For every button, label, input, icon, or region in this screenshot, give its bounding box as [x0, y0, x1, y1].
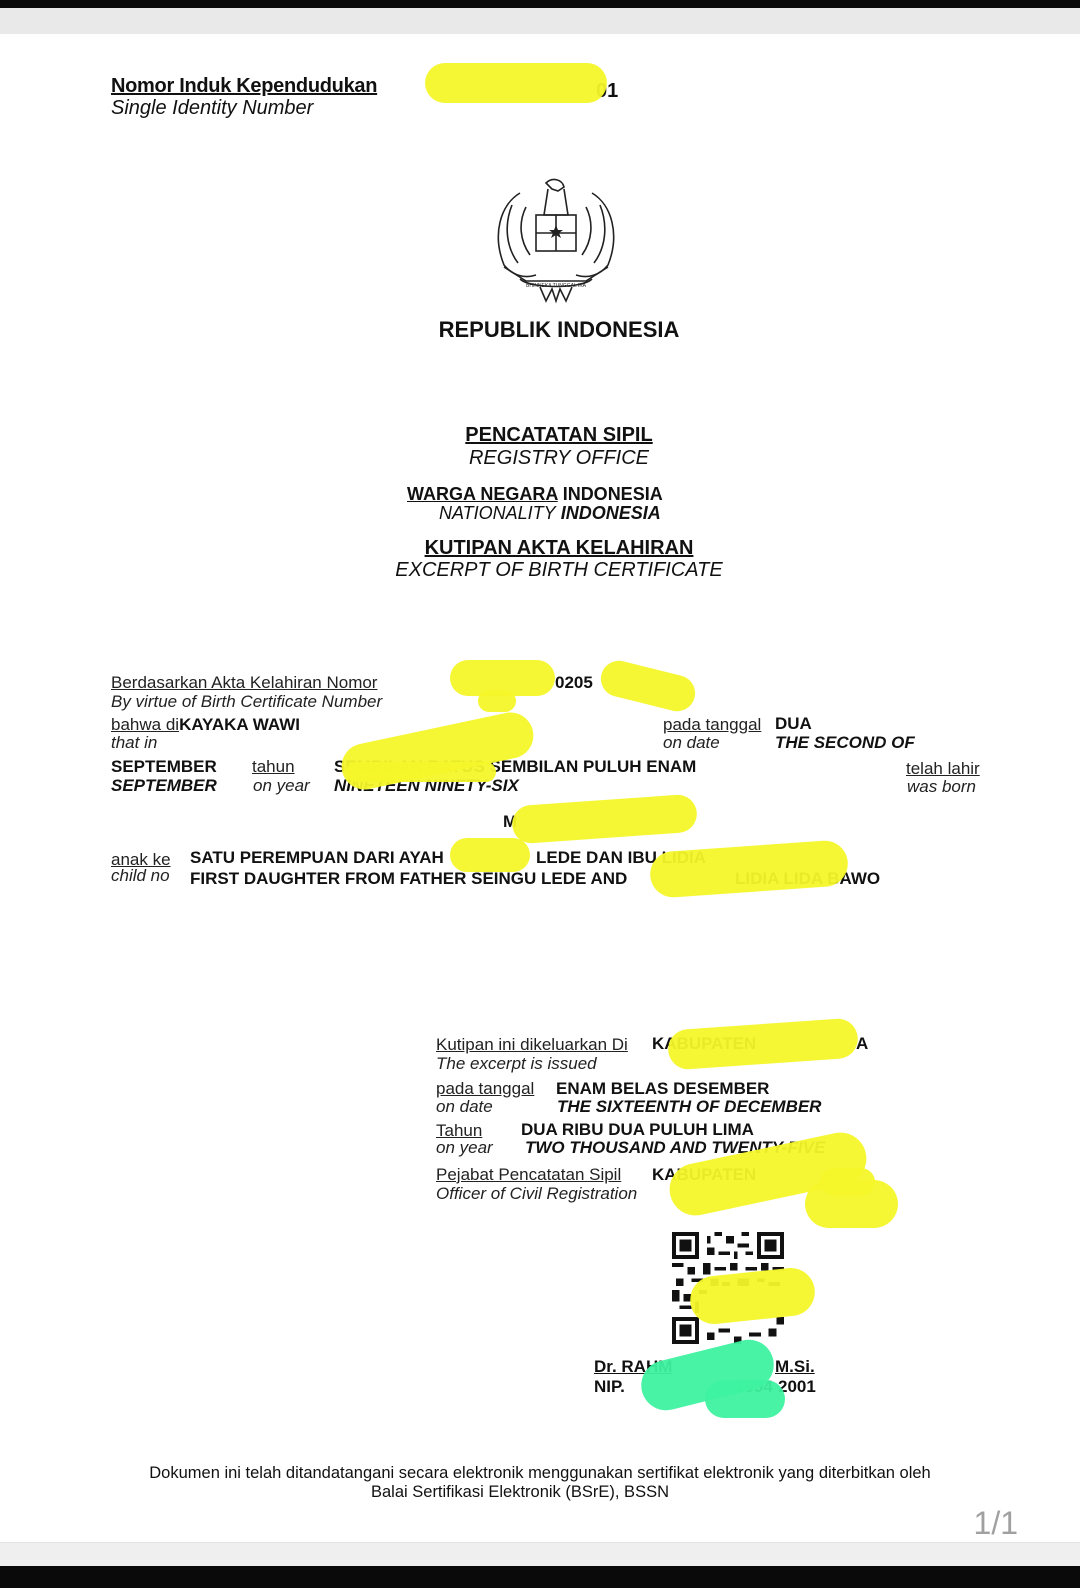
viewer-toolbar: [0, 8, 1080, 34]
redaction-father: [450, 838, 530, 872]
redaction-issued: [667, 1017, 859, 1070]
redaction-officer-3: [820, 1168, 875, 1196]
navigation-bar: [0, 1566, 1080, 1588]
footer-line-1: Dokumen ini telah ditandatangani secara …: [0, 1463, 1080, 1483]
country-title: REPUBLIK INDONESIA: [0, 318, 1080, 342]
date-label-en: on date: [663, 733, 720, 752]
issue-date-label: pada tanggal: [436, 1079, 534, 1098]
document-title-en: EXCERPT OF BIRTH CERTIFICATE: [0, 559, 1080, 581]
viewer-bottom-bar: [0, 1542, 1080, 1567]
officer-label-en: Officer of Civil Registration: [436, 1184, 637, 1203]
redaction-child-name: [511, 794, 698, 845]
office-title-en: REGISTRY OFFICE: [0, 447, 1080, 469]
date-value-en: THE SECOND OF: [775, 733, 915, 752]
nik-label: Nomor Induk Kependudukan: [111, 75, 377, 97]
issue-date-value-en: THE SIXTEENTH OF DECEMBER: [557, 1097, 821, 1116]
nationality-value-en: INDONESIA: [561, 503, 661, 523]
nationality-row-en: NATIONALITY INDONESIA: [439, 503, 661, 523]
born-label: telah lahir: [906, 759, 980, 778]
child-no-label-en: child no: [111, 866, 170, 885]
nip-label: NIP.: [594, 1377, 625, 1396]
footer-line-2: Balai Sertifikasi Elektronik (BSrE), BSS…: [0, 1482, 1060, 1502]
place-label: bahwa di: [111, 715, 179, 734]
issue-date-label-en: on date: [436, 1097, 493, 1116]
child-description: SATU PEREMPUAN DARI AYAH: [190, 848, 444, 867]
born-label-en: was born: [907, 777, 976, 796]
year-label-en: on year: [253, 776, 310, 795]
child-description-en: FIRST DAUGHTER FROM FATHER SEINGU LEDE A…: [190, 869, 627, 888]
issued-value-tail: A: [856, 1034, 868, 1053]
nationality-label: WARGA NEGARA: [407, 484, 558, 504]
redaction-signatory-2: [705, 1380, 785, 1418]
office-title: PENCATATAN SIPIL: [0, 424, 1080, 446]
officer-label: Pejabat Pencatatan Sipil: [436, 1165, 621, 1184]
page-indicator: 1/1: [974, 1505, 1018, 1542]
issue-year-label-en: on year: [436, 1138, 493, 1157]
garuda-pancasila-emblem-icon: BHINNEKA TUNGGAL IKA: [490, 175, 622, 305]
svg-text:BHINNEKA TUNGGAL IKA: BHINNEKA TUNGGAL IKA: [526, 283, 587, 289]
cert-number-label: Berdasarkan Akta Kelahiran Nomor: [111, 673, 377, 692]
date-value: DUA: [775, 714, 812, 733]
document-title: KUTIPAN AKTA KELAHIRAN: [0, 537, 1080, 559]
cert-number-label-en: By virtue of Birth Certificate Number: [111, 692, 382, 711]
cert-number-value: 0205: [555, 673, 593, 692]
place-row: bahwa diKAYAKA WAWI: [111, 715, 300, 734]
redaction-nik: [425, 63, 607, 103]
nationality-label-en: NATIONALITY: [439, 503, 556, 523]
place-label-en: that in: [111, 733, 157, 752]
redaction-cert-3: [597, 657, 699, 715]
issue-year-value: DUA RIBU DUA PULUH LIMA: [521, 1120, 754, 1139]
issued-label: Kutipan ini dikeluarkan Di: [436, 1035, 628, 1054]
place-value: KAYAKA WAWI: [179, 715, 300, 734]
issue-date-value: ENAM BELAS DESEMBER: [556, 1079, 769, 1098]
year-label: tahun: [252, 757, 295, 776]
status-bar: [0, 0, 1080, 8]
issued-label-en: The excerpt is issued: [436, 1054, 597, 1073]
nik-label-en: Single Identity Number: [111, 97, 313, 119]
redaction-cert-2: [478, 690, 516, 712]
redaction-year-2: [346, 762, 496, 782]
nationality-value: INDONESIA: [563, 484, 663, 504]
signatory-suffix: M.Si.: [775, 1357, 815, 1376]
nationality-row: WARGA NEGARA INDONESIA: [407, 484, 663, 504]
month-value-en: SEPTEMBER: [111, 776, 217, 795]
month-value: SEPTEMBER: [111, 757, 217, 776]
date-label: pada tanggal: [663, 715, 761, 734]
